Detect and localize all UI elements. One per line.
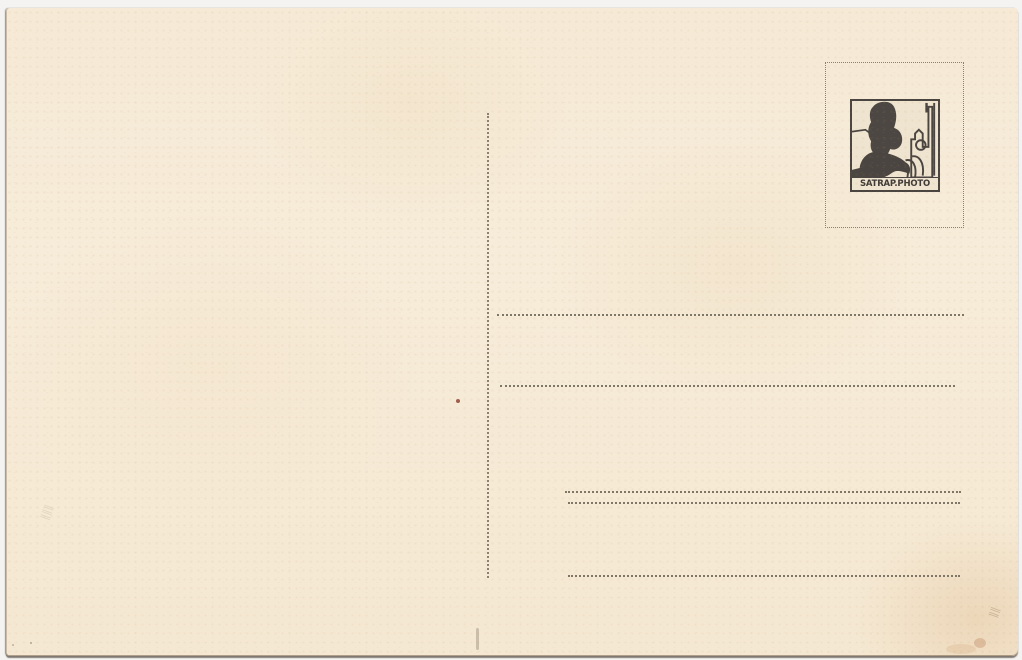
- left-corner-dot-2: [12, 644, 14, 646]
- corner-stain-mark: [974, 638, 986, 648]
- faint-pencil-mark: ∥∥: [987, 605, 1003, 619]
- address-line-1: [497, 314, 964, 316]
- left-corner-dot: [30, 642, 32, 644]
- postcard-scene: SATRAP.PHOTO ∥∥ ∥∥∥: [0, 0, 1022, 660]
- center-divider-dotted-line: [487, 113, 489, 578]
- corner-stain-mark-2: [946, 644, 976, 654]
- publisher-logo: SATRAP.PHOTO: [850, 99, 940, 192]
- address-line-4: [568, 502, 960, 504]
- postcard-back: SATRAP.PHOTO ∥∥ ∥∥∥: [6, 8, 1018, 656]
- satrap-figure-icon: [852, 101, 938, 190]
- crease-mark: [476, 628, 479, 650]
- address-line-2: [500, 385, 955, 387]
- ink-spot-mark: [456, 399, 460, 403]
- address-line-5: [568, 575, 960, 577]
- publisher-logo-text: SATRAP.PHOTO: [852, 179, 938, 189]
- faint-left-pencil-mark: ∥∥∥: [39, 503, 56, 522]
- address-line-3: [565, 491, 961, 493]
